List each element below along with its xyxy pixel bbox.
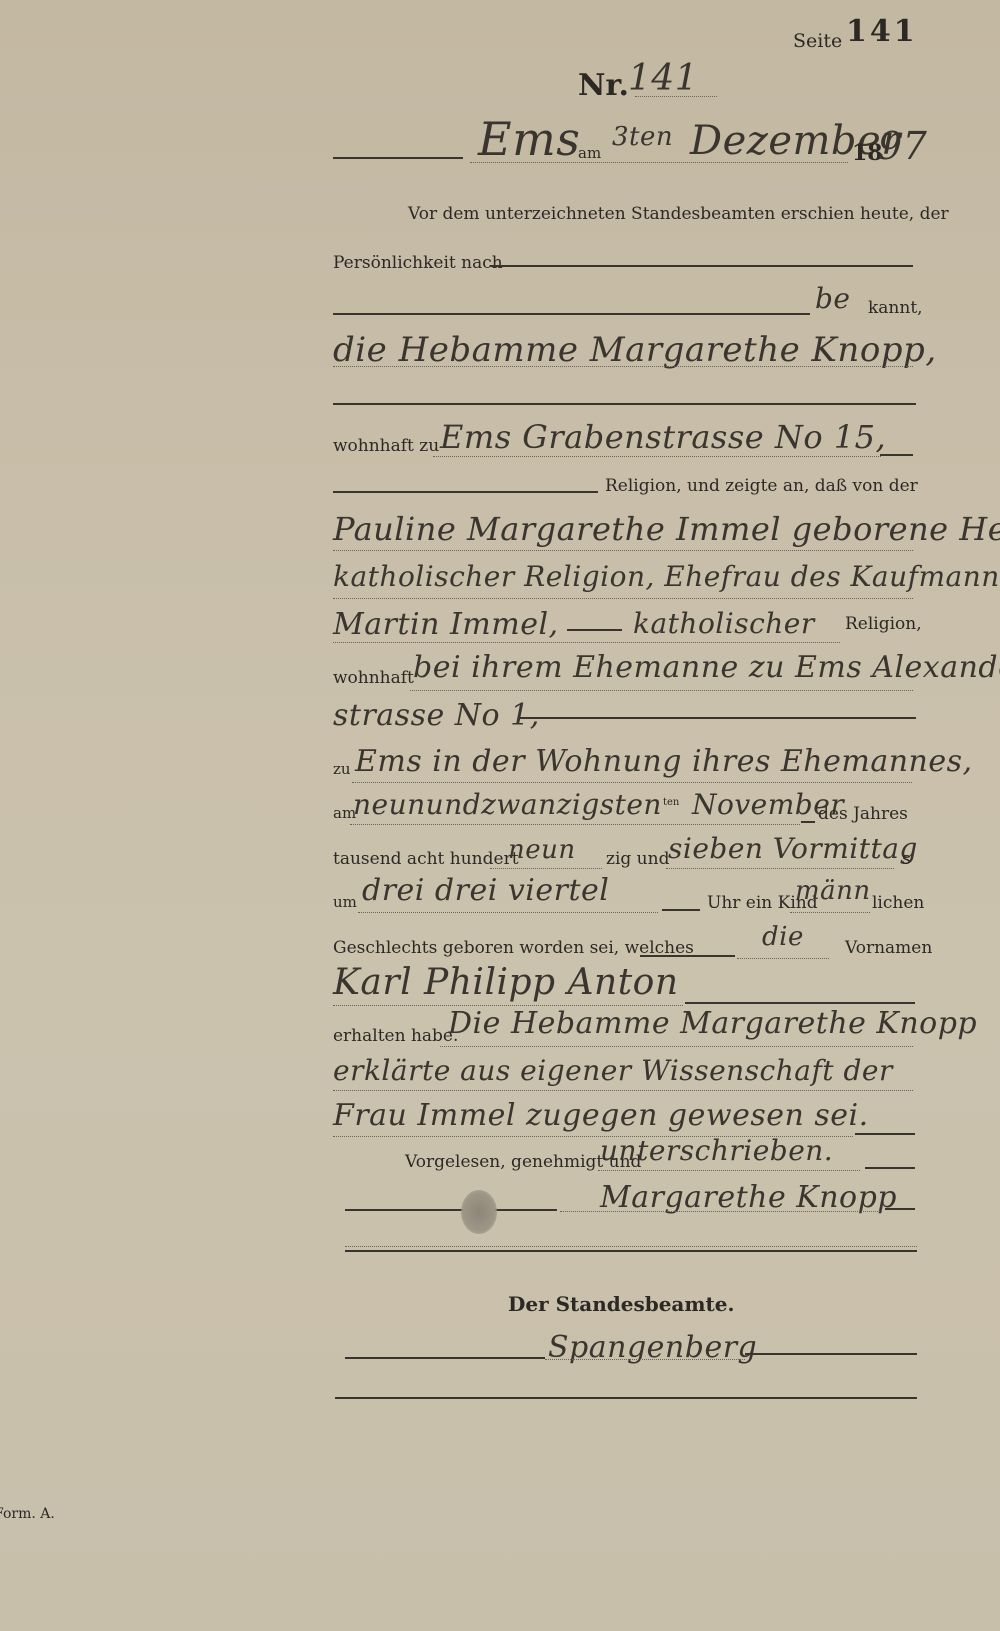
statement-line-2-rule — [333, 1090, 913, 1091]
page-label: Seite — [793, 30, 842, 52]
mother-name: Pauline Margarethe Immel geborene Heep, — [333, 510, 1000, 548]
father-religion: katholischer — [633, 607, 815, 640]
year-label: des Jahres — [818, 804, 908, 824]
informant-line — [333, 366, 913, 367]
rule — [333, 157, 463, 159]
personality-label: Persönlichkeit nach — [333, 253, 503, 273]
erhalten-label: erhalten habe. — [333, 1026, 458, 1046]
residence-line — [433, 456, 881, 457]
signed-line — [598, 1170, 860, 1171]
sex-line — [790, 912, 870, 913]
statement-line-1-rule — [440, 1046, 913, 1047]
date-line — [470, 162, 848, 163]
rule — [880, 454, 913, 456]
unit-year-line — [666, 868, 894, 869]
rule — [345, 1250, 917, 1252]
ten-label: ten — [663, 797, 679, 808]
decade-field: neun — [508, 835, 576, 865]
decade-line — [490, 868, 602, 869]
record-number-line — [635, 96, 717, 97]
rule — [855, 1133, 915, 1135]
birth-place-label: zu — [333, 760, 351, 778]
rule — [333, 491, 598, 493]
rule — [335, 1397, 917, 1399]
rule — [567, 629, 622, 631]
rule — [865, 1167, 915, 1169]
year-suffix: 97 — [878, 124, 927, 168]
official-signature-line — [545, 1359, 745, 1360]
rule — [885, 1208, 915, 1210]
lichen-label: lichen — [872, 893, 924, 913]
father-line — [333, 642, 840, 643]
signed-field: unterschrieben. — [600, 1134, 833, 1167]
unit-year-field: sieben Vormittag — [668, 832, 918, 865]
day-field: 3ten — [612, 122, 673, 152]
record-label: Nr. — [578, 68, 629, 103]
known-label: kannt, — [868, 298, 923, 318]
father-name: Martin Immel, — [333, 607, 559, 642]
time-field: drei drei viertel — [362, 873, 609, 908]
mother-line — [333, 550, 913, 551]
known-prefix: be — [815, 282, 851, 315]
official-title: Der Standesbeamte. — [508, 1292, 734, 1316]
birth-place: Ems in der Wohnung ihres Ehemannes, — [355, 744, 973, 779]
spouse-line — [333, 598, 913, 599]
rule — [345, 1357, 545, 1359]
rule — [801, 821, 815, 823]
rule — [520, 717, 916, 719]
informant-signature-line — [560, 1211, 880, 1212]
ink-stain — [461, 1190, 497, 1234]
birth-place-line — [352, 782, 912, 783]
mother-residence-label: wohnhaft — [333, 668, 414, 688]
vornamen-label: Vornamen — [845, 938, 932, 958]
sex-field: männ — [795, 876, 871, 906]
rule — [745, 1353, 917, 1355]
religion-label: Religion, — [845, 614, 922, 634]
mother-religion-spouse: katholischer Religion, Ehefrau des Kaufm… — [333, 560, 1000, 593]
given-names: Karl Philipp Anton — [333, 962, 679, 1003]
record-number: 141 — [628, 58, 698, 99]
rule — [333, 403, 916, 405]
s-label: s — [902, 849, 911, 869]
rule — [345, 1209, 557, 1211]
rule — [685, 1002, 915, 1004]
religion-announcement: Religion, und zeigte an, daß von der — [605, 476, 918, 496]
rule — [662, 909, 700, 911]
statement-line-3: Frau Immel zugegen gewesen sei. — [333, 1098, 869, 1133]
mother-residence: bei ihrem Ehemanne zu Ems Alexander- — [413, 650, 1000, 685]
um-label: um — [333, 893, 357, 911]
rule — [333, 313, 810, 315]
rule — [640, 955, 735, 957]
place-field: Ems — [478, 112, 580, 166]
am-label: am — [578, 144, 601, 162]
birth-day: neunundzwanzigsten — [353, 788, 662, 821]
rule — [490, 265, 913, 267]
dotted-rule — [345, 1246, 917, 1247]
statement-line-2: erklärte aus eigener Wissenschaft der — [333, 1054, 893, 1087]
zig-label: zig und — [606, 849, 669, 869]
die-line — [737, 958, 829, 959]
time-line — [358, 912, 658, 913]
form-label: Form. A. — [0, 1506, 55, 1522]
residence-field: Ems Grabenstrasse No 15, — [440, 418, 886, 456]
intro-line: Vor dem unterzeichneten Standesbeamten e… — [408, 204, 949, 224]
birth-date-line — [350, 824, 800, 825]
die-field: die — [762, 922, 804, 952]
statement-line-1: Die Hebamme Margarethe Knopp — [448, 1006, 977, 1041]
page-number: 141 — [846, 14, 918, 49]
mother-residence-cont: strasse No 1, — [333, 698, 540, 733]
informant-signature: Margarethe Knopp — [600, 1180, 897, 1215]
thousand-label: tausend acht hundert — [333, 849, 519, 869]
mother-residence-line — [410, 690, 913, 691]
informant-name: die Hebamme Margarethe Knopp, — [333, 330, 937, 370]
residence-label: wohnhaft zu — [333, 436, 439, 456]
